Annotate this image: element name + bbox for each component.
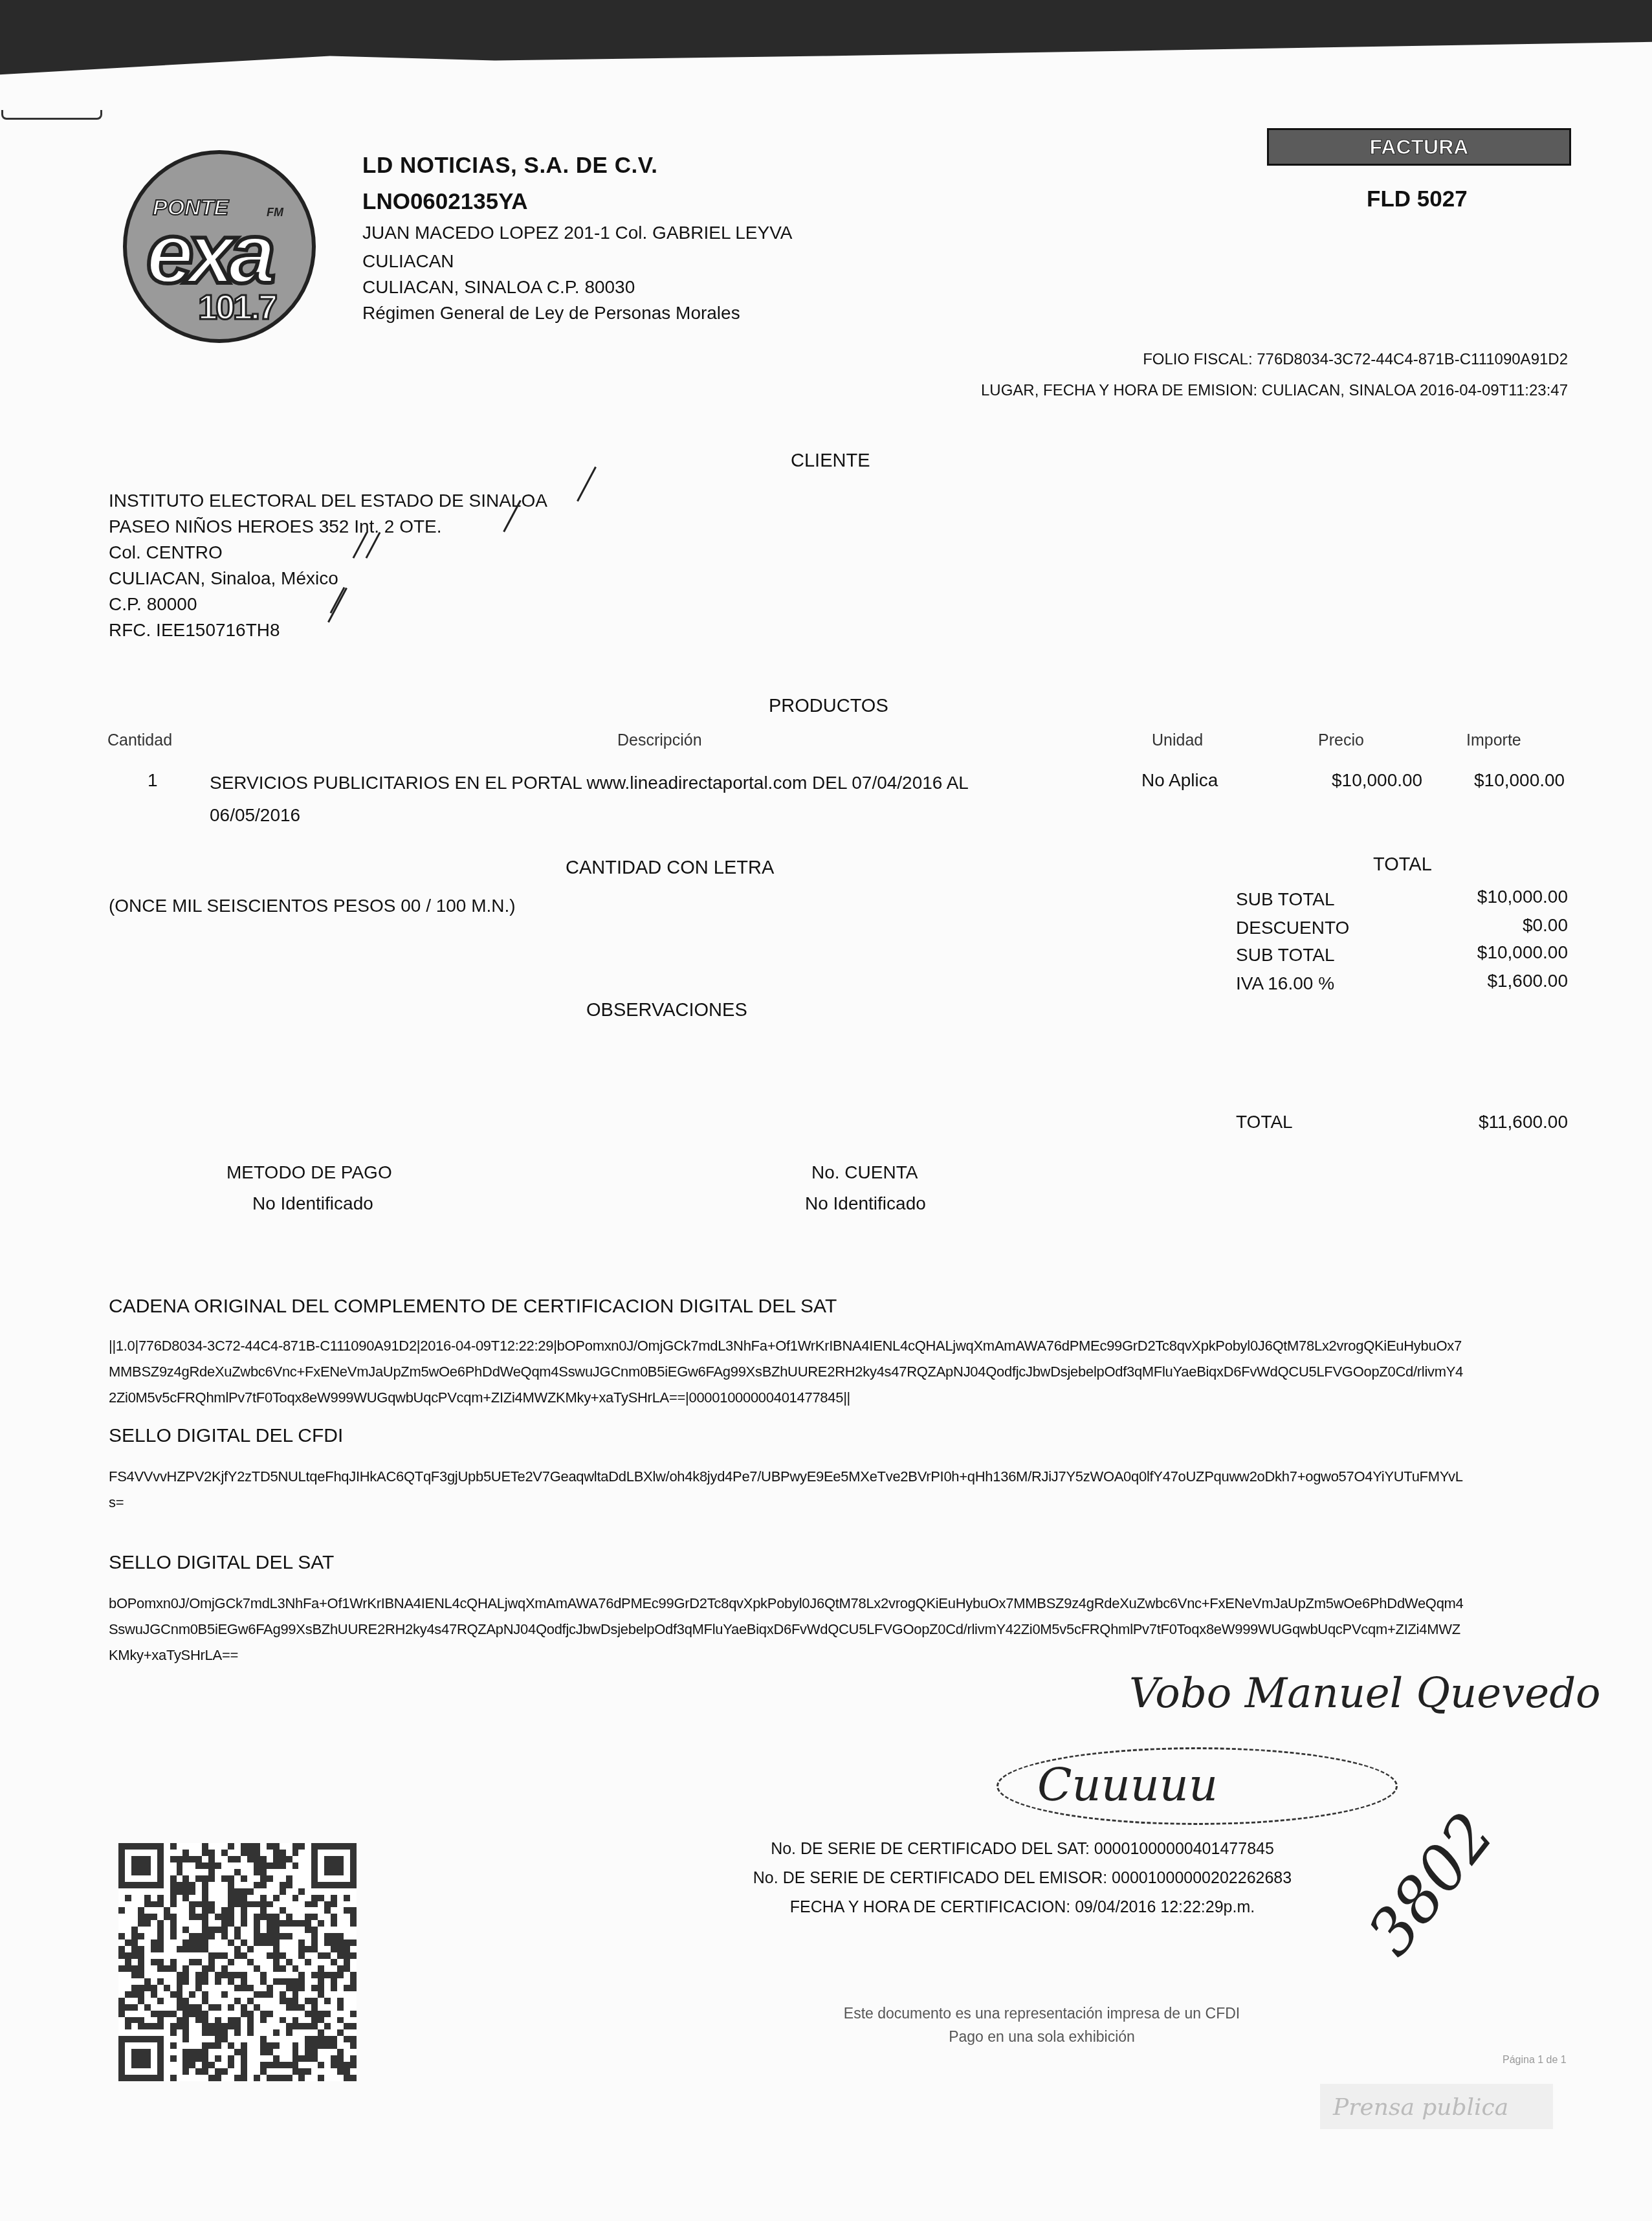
totales-title: TOTAL xyxy=(1373,854,1432,876)
col-cantidad: Cantidad xyxy=(107,731,172,750)
iva-value: $1,600.00 xyxy=(1487,971,1568,991)
emisor-regimen: Régimen General de Ley de Personas Moral… xyxy=(362,303,740,324)
row-precio: $10,000.00 xyxy=(1332,770,1422,791)
cliente-street: PASEO NIÑOS HEROES 352 Int. 2 OTE. xyxy=(109,516,442,537)
subtotal2-label: SUB TOTAL xyxy=(1236,945,1335,966)
footer-pago-note: Pago en una sola exhibición xyxy=(751,2028,1333,2046)
cliente-colonia: Col. CENTRO xyxy=(109,542,223,563)
serie-certificado-sat: No. DE SERIE DE CERTIFICADO DEL SAT: 000… xyxy=(712,1840,1333,1859)
logo-frequency-text: 101.7 xyxy=(198,287,276,327)
logo-brand-text: exa xyxy=(146,211,269,296)
descuento-value: $0.00 xyxy=(1523,915,1568,936)
productos-title: PRODUCTOS xyxy=(769,696,888,717)
col-descripcion: Descripción xyxy=(617,731,702,750)
metodo-pago-value: No Identificado xyxy=(252,1193,373,1214)
scanner-background xyxy=(0,0,1652,78)
observaciones-title: OBSERVACIONES xyxy=(586,1000,747,1021)
lugar-fecha-emision: LUGAR, FECHA Y HORA DE EMISION: CULIACAN… xyxy=(981,382,1568,400)
sello-cfdi-value: FS4VVvvHZPV2KjfY2zTD5NULtqeFhqJIHkAC6QTq… xyxy=(109,1464,1468,1516)
col-importe: Importe xyxy=(1466,731,1521,750)
row-descripcion-cont: 06/05/2016 xyxy=(210,805,300,826)
subtotal2-value: $10,000.00 xyxy=(1477,942,1568,963)
handwritten-vobo: Vobo Manuel Quevedo xyxy=(1129,1670,1601,1718)
qr-code-icon xyxy=(118,1833,357,2091)
cliente-name: INSTITUTO ELECTORAL DEL ESTADO DE SINALO… xyxy=(109,491,547,511)
page-number: Página 1 de 1 xyxy=(1503,2055,1567,2066)
emisor-address-line2: CULIACAN xyxy=(362,251,454,272)
row-cantidad: 1 xyxy=(148,770,158,791)
subtotal-value: $10,000.00 xyxy=(1477,887,1568,907)
row-importe: $10,000.00 xyxy=(1474,770,1565,791)
emisor-name: LD NOTICIAS, S.A. DE C.V. xyxy=(362,153,658,179)
sello-sat-title: SELLO DIGITAL DEL SAT xyxy=(109,1552,334,1574)
cadena-original-title: CADENA ORIGINAL DEL COMPLEMENTO DE CERTI… xyxy=(109,1296,837,1318)
logo-band-text: FM xyxy=(267,206,283,219)
row-unidad: No Aplica xyxy=(1141,770,1218,791)
cliente-city: CULIACAN, Sinaloa, México xyxy=(109,568,338,589)
metodo-pago-label: METODO DE PAGO xyxy=(226,1162,392,1183)
sello-cfdi-title: SELLO DIGITAL DEL CFDI xyxy=(109,1425,343,1447)
cuenta-label: No. CUENTA xyxy=(811,1162,918,1183)
cadena-original-value: ||1.0|776D8034-3C72-44C4-871B-C111090A91… xyxy=(109,1333,1468,1411)
emisor-address-line1: JUAN MACEDO LOPEZ 201-1 Col. GABRIEL LEY… xyxy=(362,223,792,243)
col-unidad: Unidad xyxy=(1152,731,1203,750)
handwritten-number: 3802 xyxy=(1354,1800,1508,1969)
sticky-note: Prensa publica xyxy=(1320,2084,1553,2129)
cliente-title: CLIENTE xyxy=(791,450,870,472)
handwritten-signature: Cuuuuu xyxy=(997,1747,1398,1825)
row-descripcion: SERVICIOS PUBLICITARIOS EN EL PORTAL www… xyxy=(210,773,969,793)
descuento-label: DESCUENTO xyxy=(1236,918,1349,938)
cantidad-letra-value: (ONCE MIL SEISCIENTOS PESOS 00 / 100 M.N… xyxy=(109,896,516,916)
total-label: TOTAL xyxy=(1236,1112,1293,1133)
total-value: $11,600.00 xyxy=(1479,1112,1568,1133)
check-mark xyxy=(330,587,346,613)
cuenta-value: No Identificado xyxy=(805,1193,926,1214)
exa-logo: PONTE exa FM 101.7 xyxy=(123,150,316,343)
staple-mark xyxy=(1,110,102,120)
fecha-certificacion: FECHA Y HORA DE CERTIFICACION: 09/04/201… xyxy=(712,1898,1333,1917)
signature-text: Cuuuuu xyxy=(1037,1758,1218,1811)
sticky-note-text: Prensa publica xyxy=(1333,2094,1508,2121)
serie-certificado-emisor: No. DE SERIE DE CERTIFICADO DEL EMISOR: … xyxy=(712,1869,1333,1888)
iva-label: IVA 16.00 % xyxy=(1236,973,1334,994)
check-mark xyxy=(327,588,347,623)
folio-fiscal: FOLIO FISCAL: 776D8034-3C72-44C4-871B-C1… xyxy=(1143,351,1568,369)
cantidad-letra-title: CANTIDAD CON LETRA xyxy=(566,857,774,879)
emisor-address-line3: CULIACAN, SINALOA C.P. 80030 xyxy=(362,277,635,298)
document-type-badge: FACTURA xyxy=(1267,128,1571,166)
invoice-folio: FLD 5027 xyxy=(1367,186,1468,212)
cliente-cp: C.P. 80000 xyxy=(109,594,197,615)
check-mark xyxy=(577,467,597,502)
col-precio: Precio xyxy=(1318,731,1364,750)
sello-sat-value: bOPomxn0J/OmjGCk7mdL3NhFa+Of1WrKrIBNA4IE… xyxy=(109,1591,1468,1668)
footer-cfdi-note: Este documento es una representación imp… xyxy=(751,2005,1333,2022)
subtotal-label: SUB TOTAL xyxy=(1236,889,1335,910)
emisor-rfc: LNO0602135YA xyxy=(362,189,528,215)
cliente-rfc: RFC. IEE150716TH8 xyxy=(109,620,280,641)
